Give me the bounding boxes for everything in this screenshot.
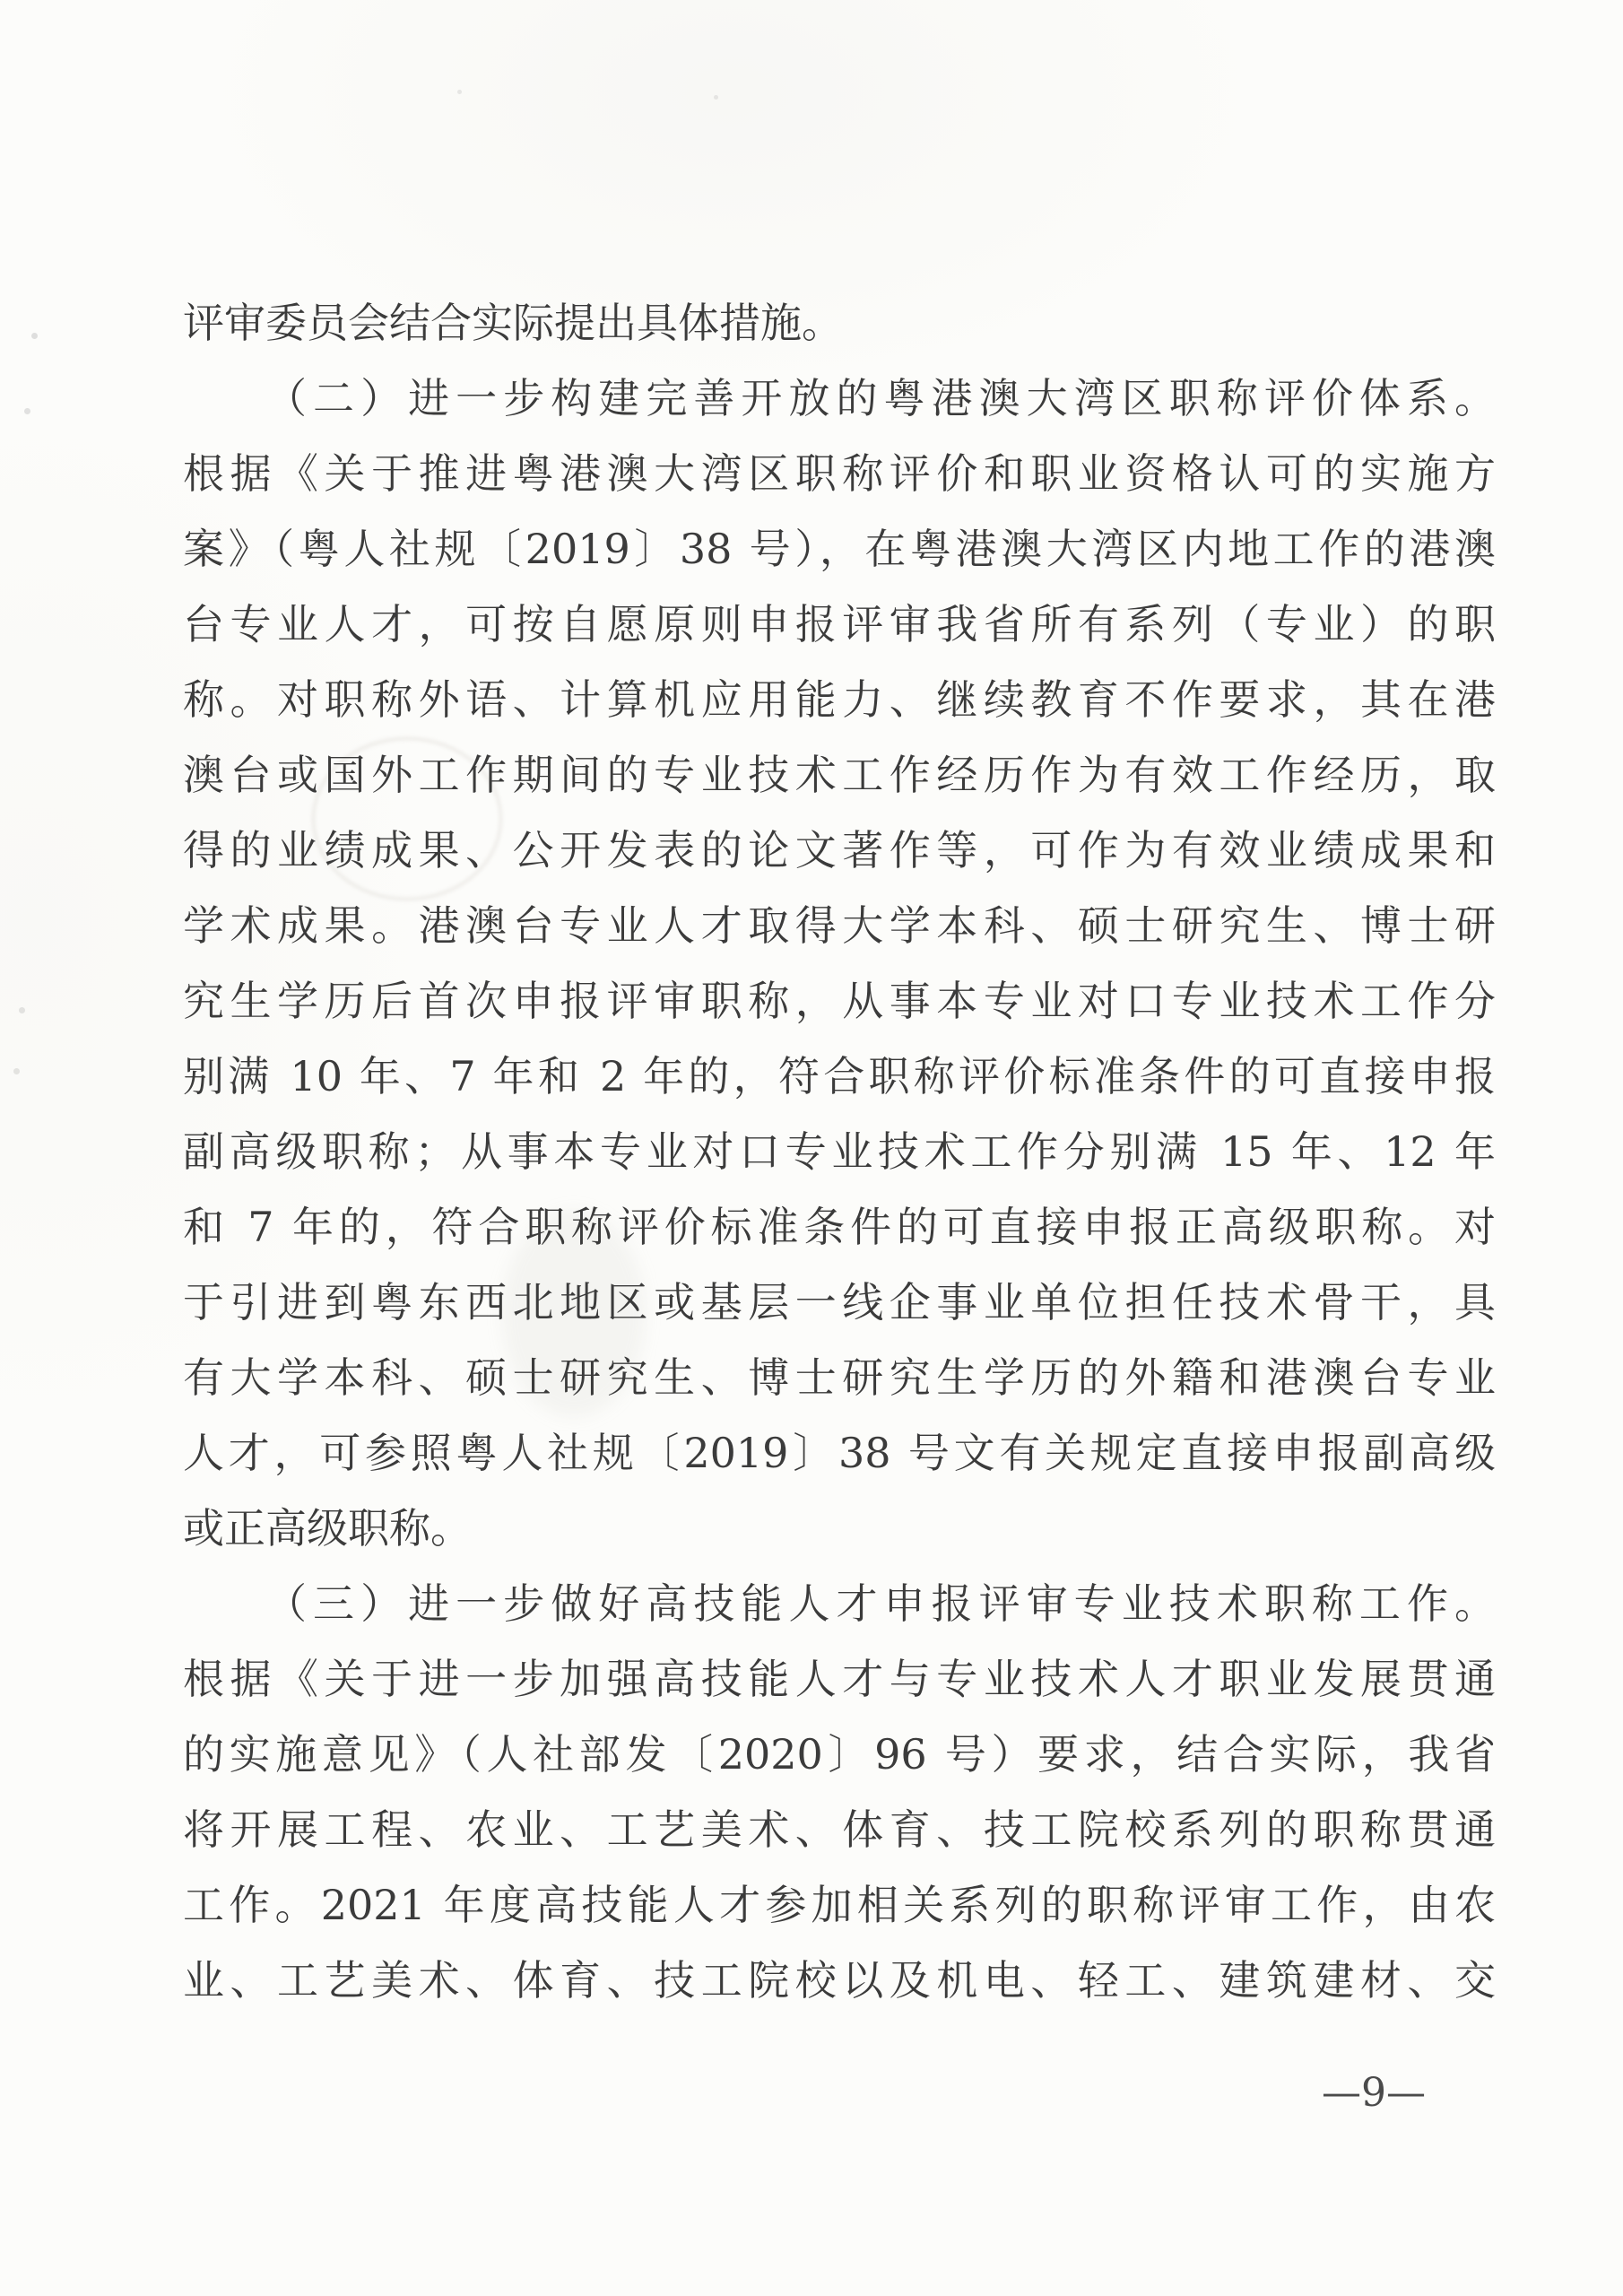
text-line: 副高级职称；从事本专业对口专业技术工作分别满 15 年、12 年 <box>183 1114 1496 1189</box>
document-lines: 评审委员会结合实际提出具体措施。（二）进一步构建完善开放的粤港澳大湾区职称评价体… <box>183 285 1496 2018</box>
text-line: 别满 10 年、7 年和 2 年的，符合职称评价标准条件的可直接申报 <box>183 1039 1496 1114</box>
text-line: 将开展工程、农业、工艺美术、体育、技工院校系列的职称贯通 <box>183 1792 1496 1867</box>
text-line: （三）进一步做好高技能人才申报评审专业技术职称工作。 <box>183 1566 1496 1641</box>
text-line: 究生学历后首次申报评审职称，从事本专业对口专业技术工作分 <box>183 963 1496 1039</box>
text-line: 的实施意见》（人社部发〔2020〕96 号）要求，结合实际，我省 <box>183 1717 1496 1792</box>
text-line: 于引进到粤东西北地区或基层一线企事业单位担任技术骨干，具 <box>183 1265 1496 1340</box>
page-number: —9— <box>1302 2065 1445 2122</box>
text-line: 和 7 年的，符合职称评价标准条件的可直接申报正高级职称。对 <box>183 1189 1496 1265</box>
text-line: 澳台或国外工作期间的专业技术工作经历作为有效工作经历，取 <box>183 737 1496 813</box>
text-line: 或正高级职称。 <box>183 1491 1496 1566</box>
text-line: 称。对职称外语、计算机应用能力、继续教育不作要求，其在港 <box>183 662 1496 737</box>
text-line: 工作。2021 年度高技能人才参加相关系列的职称评审工作，由农 <box>183 1867 1496 1943</box>
text-line: 根据《关于推进粤港澳大湾区职称评价和职业资格认可的实施方 <box>183 436 1496 511</box>
text-line: 案》（粤人社规〔2019〕38 号），在粤港澳大湾区内地工作的港澳 <box>183 511 1496 587</box>
text-line: 评审委员会结合实际提出具体措施。 <box>183 285 1496 361</box>
text-line: 得的业绩成果、公开发表的论文著作等，可作为有效业绩成果和 <box>183 813 1496 888</box>
text-line: （二）进一步构建完善开放的粤港澳大湾区职称评价体系。 <box>183 361 1496 436</box>
text-line: 人才，可参照粤人社规〔2019〕38 号文有关规定直接申报副高级 <box>183 1415 1496 1491</box>
text-line: 根据《关于进一步加强高技能人才与专业技术人才职业发展贯通 <box>183 1641 1496 1717</box>
text-line: 有大学本科、硕士研究生、博士研究生学历的外籍和港澳台专业 <box>183 1340 1496 1415</box>
document-page: 评审委员会结合实际提出具体措施。（二）进一步构建完善开放的粤港澳大湾区职称评价体… <box>0 0 1623 2296</box>
text-line: 业、工艺美术、体育、技工院校以及机电、轻工、建筑建材、交 <box>183 1943 1496 2018</box>
text-line: 学术成果。港澳台专业人才取得大学本科、硕士研究生、博士研 <box>183 888 1496 963</box>
scan-artifacts <box>0 0 4 4</box>
text-line: 台专业人才，可按自愿原则申报评审我省所有系列（专业）的职 <box>183 587 1496 662</box>
